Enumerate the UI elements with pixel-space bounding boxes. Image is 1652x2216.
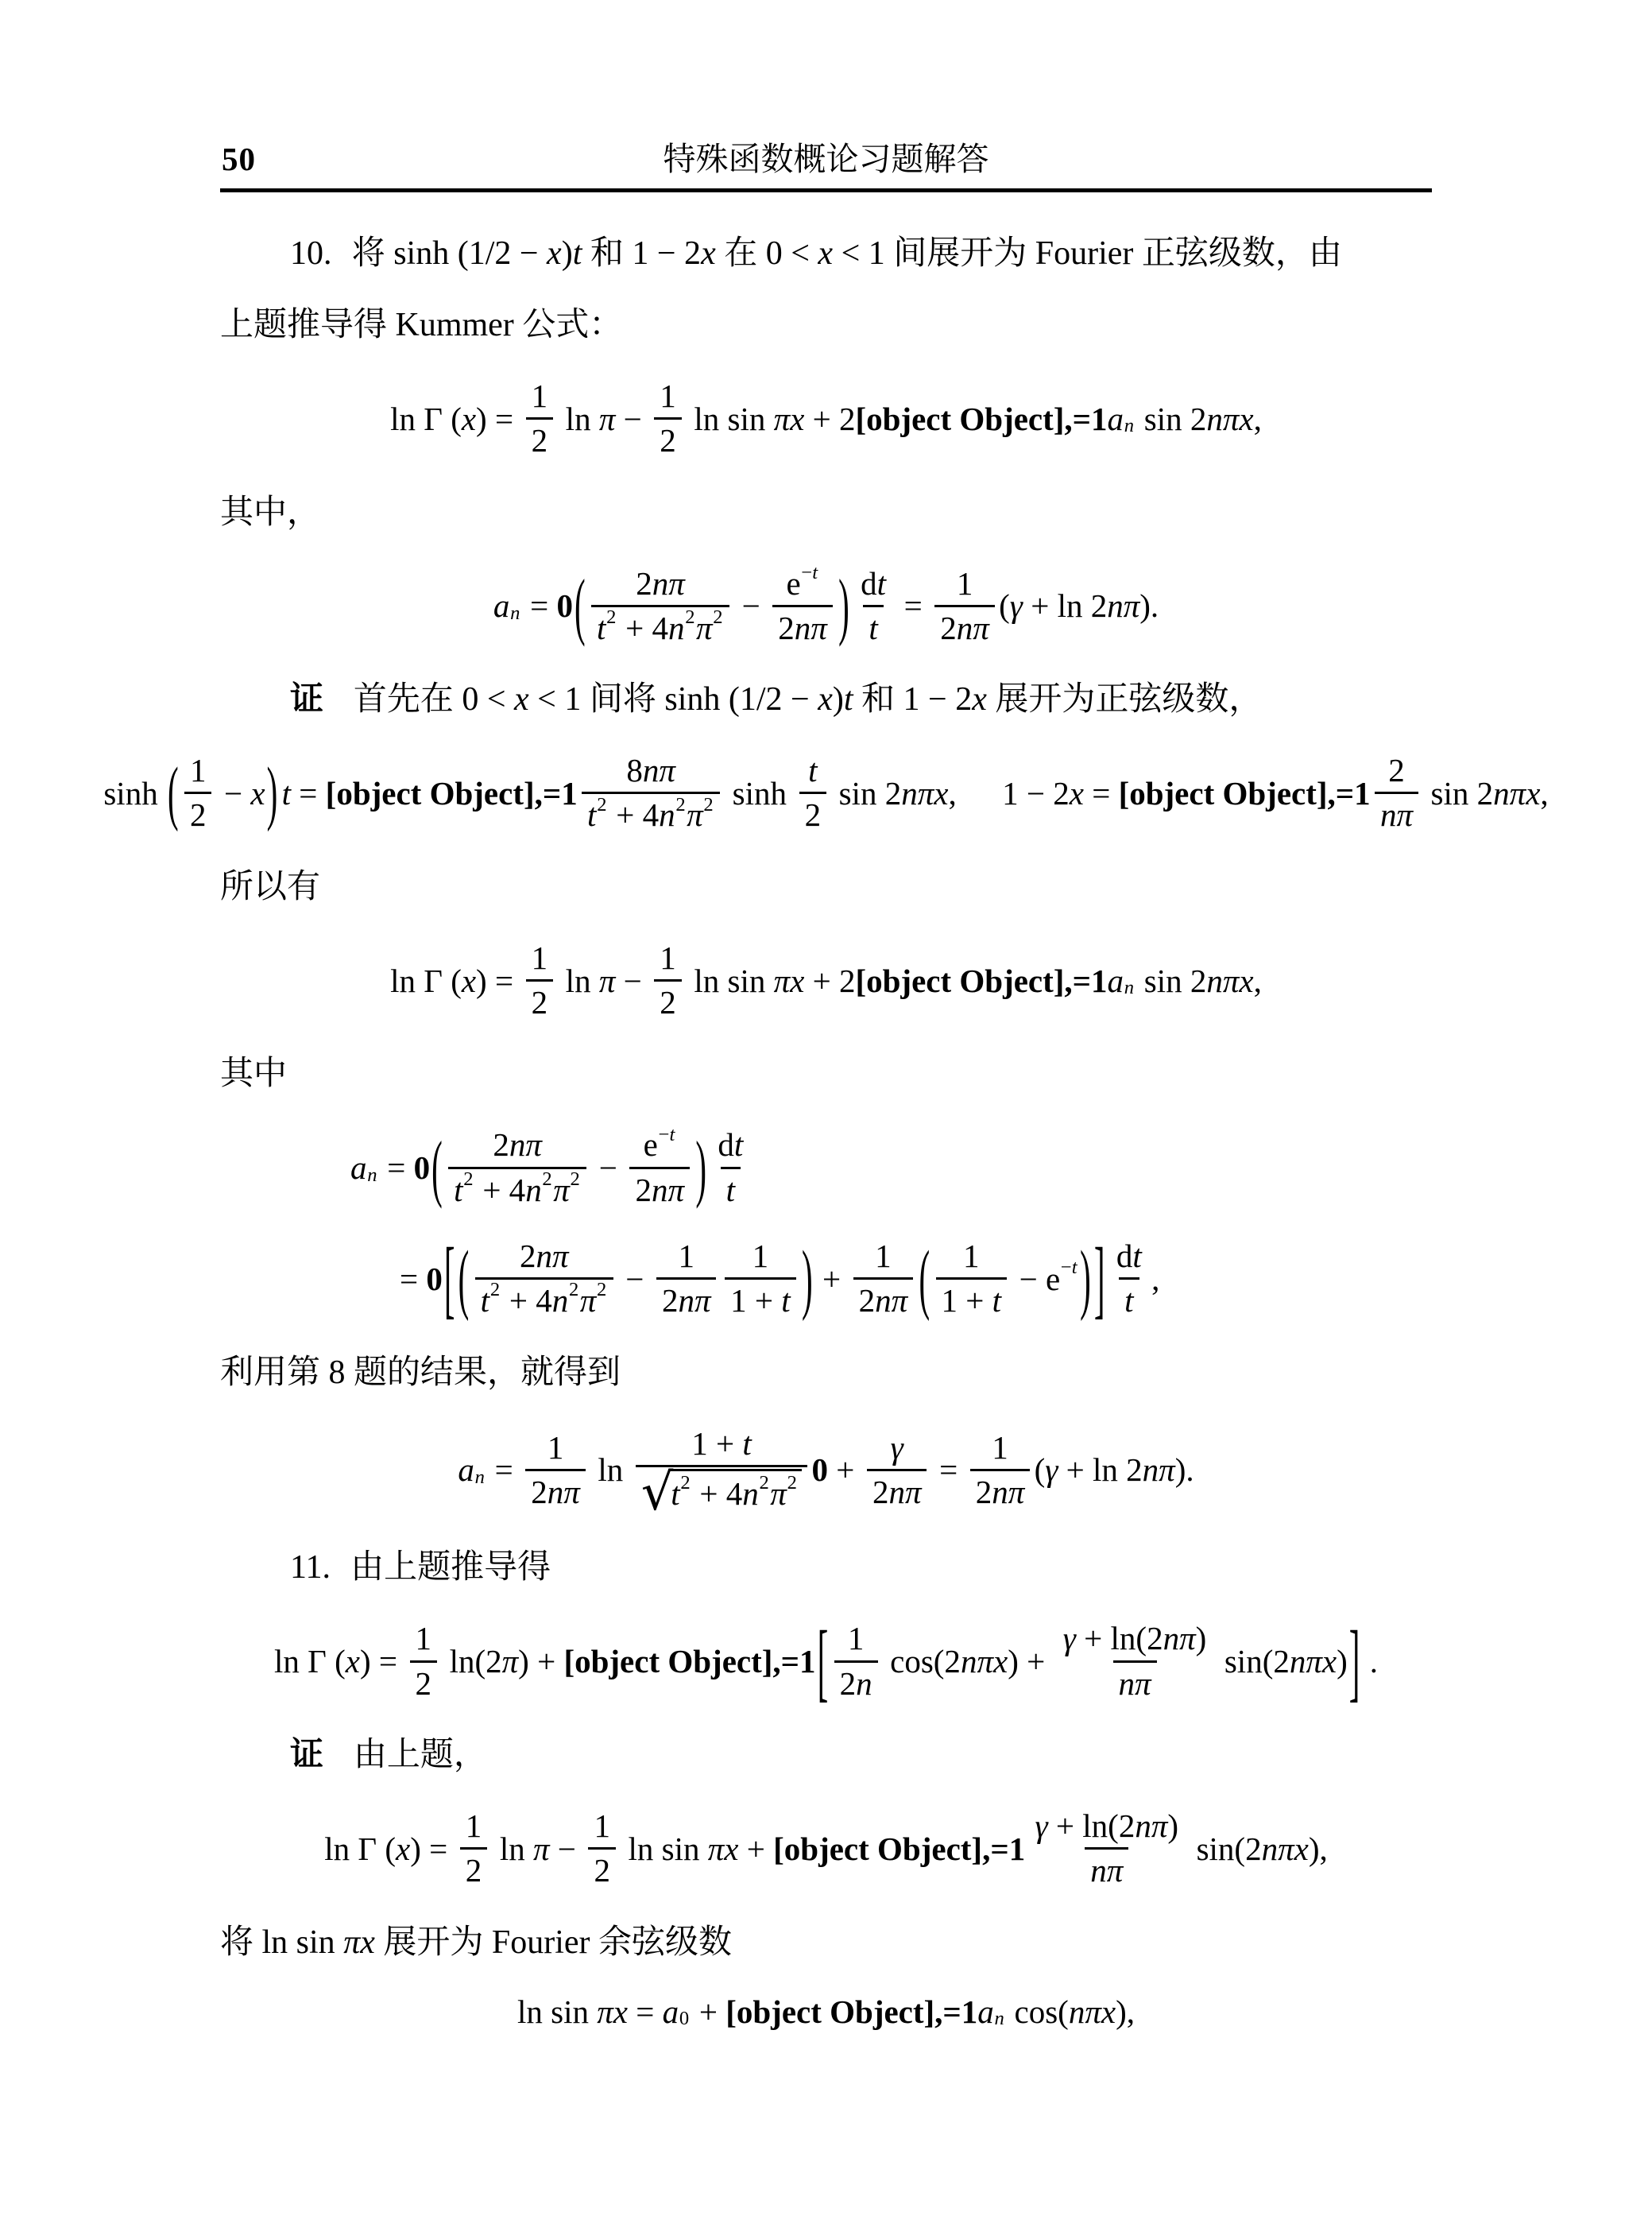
numerator: 1	[951, 563, 978, 605]
math-var: x	[514, 681, 529, 718]
numerator: 1	[588, 1805, 615, 1847]
denominator: 2	[654, 417, 681, 462]
math-text: ) =	[476, 400, 521, 438]
math-var: t	[671, 1473, 679, 1515]
math-text: sin 2	[1136, 400, 1207, 438]
math-text: )	[1196, 1617, 1207, 1660]
math-text: + ln(2	[1048, 1805, 1136, 1847]
display-formula: an = 0(2nπt2 + 4n2π2 − e−t2nπ)dtt	[220, 1124, 1432, 1211]
math-text: 1	[416, 1617, 432, 1660]
math-text: sin 2	[1422, 774, 1493, 812]
math-var: n	[659, 794, 675, 836]
bold-text: [object Object],=1	[326, 774, 578, 812]
math-text: −	[216, 774, 251, 812]
subscript: n	[1124, 415, 1134, 437]
numerator: 1	[986, 1427, 1013, 1469]
denominator: 2nπ	[629, 1167, 689, 1211]
math-row: an = 0(2nπt2 + 4n2π2 − e−t2nπ)dtt	[350, 1124, 753, 1211]
page-header: 50 特殊函数概论习题解答	[220, 139, 1432, 179]
math-text: 由上题，	[354, 1737, 487, 1773]
fraction: dtt	[855, 563, 892, 650]
numerator: 1	[654, 375, 681, 417]
numerator: 1	[842, 1617, 869, 1660]
math-row: sinh (12 − x)t = [object Object],=18nπt2…	[103, 750, 1548, 837]
math-var: t	[587, 794, 596, 836]
bold-text: [object Object],=1	[773, 1830, 1025, 1868]
math-var: nπ	[875, 1280, 907, 1322]
math-var: x	[462, 400, 476, 438]
math-text: −	[659, 1124, 670, 1145]
math-text: e	[786, 563, 800, 605]
fraction: dtt	[1111, 1235, 1147, 1323]
numerator: 2nπ	[630, 563, 690, 605]
math-text: .	[1362, 1642, 1379, 1680]
math-text: ),	[1309, 1830, 1328, 1868]
math-text: sin(2	[1188, 1830, 1261, 1868]
math-text: 1	[660, 937, 676, 979]
math-var: nπ	[888, 1471, 921, 1513]
denominator: 2nπ	[934, 605, 994, 649]
math-text: )	[833, 681, 844, 718]
math-text: 利用第 8 题的结果，就得到	[220, 1354, 621, 1391]
subscript: 0	[679, 2008, 689, 2030]
math-text: 1	[594, 1805, 610, 1847]
math-text: ) +	[1008, 1642, 1053, 1680]
denominator: nπ	[1085, 1847, 1128, 1892]
math-text: 1	[532, 937, 548, 979]
bold-text: [object Object],=1	[855, 400, 1107, 438]
math-row: an = 12nπ ln 1 + t√t2 + 4n2π20 + γ2nπ = …	[458, 1423, 1194, 1518]
math-text: ,	[948, 774, 956, 812]
math-var: π	[502, 1642, 519, 1680]
display-formula: an = 0(2nπt2 + 4n2π2 − e−t2nπ)dtt = 12nπ…	[220, 563, 1432, 650]
stretchy-delimiter: )	[802, 1240, 813, 1318]
numerator: 1	[410, 1617, 437, 1660]
bold-text: 0	[426, 1260, 443, 1298]
math-var: a	[350, 1149, 367, 1187]
bold-text: 0	[414, 1149, 431, 1187]
math-var: γ	[1010, 587, 1023, 625]
fraction: 12	[654, 375, 681, 463]
math-var: t	[869, 607, 877, 649]
math-var: πx	[774, 400, 805, 438]
math-text: 1	[963, 1235, 980, 1277]
math-text: ) =	[476, 962, 521, 1000]
math-text: 2	[636, 563, 652, 605]
math-text: 2	[685, 606, 694, 628]
denominator: √t2 + 4n2π2	[636, 1465, 807, 1518]
denominator: 2nπ	[772, 605, 832, 649]
square-root: √t2 + 4n2π2	[641, 1467, 802, 1518]
math-var: t	[1132, 1235, 1141, 1277]
math-text: 在 0 <	[716, 235, 818, 272]
superscript: 2	[597, 1277, 606, 1303]
math-text: ,	[1254, 400, 1262, 438]
fraction: 12	[184, 750, 211, 837]
running-title: 特殊函数概论习题解答	[664, 139, 989, 179]
math-text: ),	[1116, 1993, 1135, 2031]
fraction: 12nπ	[853, 1235, 913, 1323]
display-formula: ln Γ (x) = 12 ln π − 12 ln sin πx + 2[ob…	[220, 375, 1432, 463]
math-text: −	[615, 962, 650, 1000]
math-text: 1	[466, 1805, 482, 1847]
math-text: 和 1 − 2	[853, 681, 973, 718]
math-var: γ	[891, 1427, 903, 1469]
denominator: 1 + t	[725, 1277, 795, 1322]
math-text: 2	[542, 1168, 551, 1190]
math-var: π	[696, 607, 713, 649]
display-formula: ln Γ (x) = 12 ln π − 12 ln sin πx + 2[ob…	[220, 937, 1432, 1025]
math-var: x	[547, 235, 562, 272]
math-text: d	[1116, 1235, 1133, 1277]
math-var: π	[770, 1473, 787, 1515]
math-row: an = 0(2nπt2 + 4n2π2 − e−t2nπ)dtt = 12nπ…	[493, 563, 1159, 650]
display-formula: ln sin πx = a0 + [object Object],=1an co…	[220, 1993, 1432, 2031]
math-var: nπ	[547, 1471, 580, 1513]
bold-text: 证	[290, 1737, 323, 1773]
bold-text: 0	[556, 587, 573, 625]
numerator: 1	[526, 375, 553, 417]
math-var: a	[977, 1993, 994, 2031]
display-formula: sinh (12 − x)t = [object Object],=18nπt2…	[220, 750, 1432, 837]
math-text: sin 2	[830, 774, 901, 812]
denominator: t	[1119, 1277, 1139, 1322]
numerator: dt	[712, 1124, 749, 1166]
bold-text: [object Object],=1	[1119, 774, 1371, 812]
math-text: 2	[190, 794, 207, 836]
math-text: 1	[848, 1617, 865, 1660]
math-text: 2	[597, 1279, 606, 1300]
superscript: 2	[787, 1470, 797, 1496]
math-var: x	[701, 235, 716, 272]
display-formula: ln Γ (x) = 12 ln(2π) + [object Object],=…	[220, 1617, 1432, 1705]
math-var: nπ	[652, 1169, 684, 1211]
numerator: 1	[869, 1235, 896, 1277]
stretchy-delimiter: (	[168, 757, 179, 829]
denominator: 2nπ	[525, 1469, 585, 1513]
fraction: 12	[526, 375, 553, 463]
math-text: 2	[940, 607, 957, 649]
math-row: ln Γ (x) = 12 ln π − 12 ln sin πx + [obj…	[324, 1805, 1327, 1893]
math-text: 1 +	[942, 1280, 992, 1322]
math-var: t	[669, 1124, 675, 1145]
math-text: 其中，	[220, 494, 320, 531]
superscript: 2	[685, 605, 694, 630]
superscript: 2	[680, 1470, 690, 1496]
math-text: sin(2	[1217, 1642, 1290, 1680]
math-text: =	[486, 1451, 521, 1489]
math-var: γ	[1045, 1451, 1058, 1489]
math-var: nπx	[1493, 774, 1540, 812]
math-text: ln sin	[686, 400, 774, 438]
math-var: nπ	[643, 750, 675, 792]
superscript: 2	[542, 1167, 551, 1192]
math-text: + ln(2	[1076, 1617, 1163, 1660]
denominator: 1 + t	[936, 1277, 1007, 1322]
math-var: n	[510, 602, 520, 624]
fraction: γ + ln(2nπ)nπ	[1058, 1617, 1212, 1705]
math-text: 1	[532, 375, 548, 417]
math-text: ,	[1540, 774, 1548, 812]
math-text: ) +	[518, 1642, 563, 1680]
math-text: 2	[787, 1472, 797, 1493]
math-text: 2	[662, 1280, 679, 1322]
paragraph: 证首先在 0 < x < 1 间将 sinh (1/2 − x)t 和 1 − …	[220, 673, 1432, 726]
numerator: dt	[1111, 1235, 1147, 1277]
superscript: 2	[597, 792, 606, 818]
math-var: a	[1108, 400, 1124, 438]
subscript: n	[995, 2008, 1004, 2030]
math-text: + 2	[804, 400, 855, 438]
math-text: ln(2	[441, 1642, 501, 1680]
math-text: 1 +	[691, 1423, 742, 1465]
bold-text: 0	[812, 1451, 829, 1489]
paragraph: 所以有	[220, 861, 1432, 913]
math-var: γ	[1063, 1617, 1076, 1660]
numerator: 8nπ	[621, 750, 680, 792]
numerator: γ + ln(2nπ)	[1058, 1617, 1212, 1660]
math-text: 2	[1388, 750, 1405, 792]
stretchy-delimiter: (	[431, 1130, 443, 1205]
math-text: (	[1035, 1451, 1046, 1489]
superscript: 2	[490, 1277, 500, 1303]
fraction: 11 + t	[725, 1235, 795, 1323]
superscript: 2	[463, 1167, 473, 1192]
math-var: n	[856, 1663, 872, 1705]
math-var: πx	[343, 1924, 375, 1961]
denominator: 2n	[834, 1660, 878, 1705]
math-text: 首先在 0 <	[354, 681, 514, 718]
paragraph: 10.将 sinh (1/2 − x)t 和 1 − 2x 在 0 < x < …	[220, 227, 1432, 280]
denominator: 2	[588, 1847, 615, 1892]
stretchy-delimiter: (	[575, 568, 586, 643]
math-text: 2	[976, 1471, 992, 1513]
math-text: cos(	[1006, 1993, 1069, 2031]
math-var: πx	[708, 1830, 739, 1868]
math-text: 2	[675, 794, 685, 816]
math-var: πx	[597, 1993, 628, 2031]
math-text: 2	[532, 982, 548, 1024]
math-text: − e	[1011, 1260, 1060, 1298]
math-var: x	[346, 1642, 360, 1680]
superscript: 2	[675, 792, 685, 818]
subscript: n	[1124, 977, 1134, 999]
display-formula: ln Γ (x) = 12 ln π − 12 ln sin πx + [obj…	[220, 1805, 1432, 1893]
denominator: 2	[460, 1847, 487, 1892]
superscript: −t	[659, 1122, 675, 1148]
numerator: 2nπ	[487, 1124, 547, 1166]
math-text: −	[733, 587, 768, 625]
math-text: −	[801, 562, 812, 583]
math-text: 1	[875, 1235, 892, 1277]
math-var: n	[995, 2008, 1004, 2029]
math-text: 2	[660, 420, 676, 462]
math-text: 11.	[290, 1549, 331, 1586]
math-var: t	[597, 607, 605, 649]
denominator: 2nπ	[853, 1277, 913, 1322]
math-var: nπ	[509, 1124, 542, 1166]
math-var: t	[726, 1169, 735, 1211]
math-text: =	[931, 1451, 966, 1489]
book-page: 50 特殊函数概论习题解答 10.将 sinh (1/2 − x)t 和 1 −…	[0, 0, 1652, 2216]
subscript: n	[510, 602, 520, 625]
numerator: e−t	[781, 563, 825, 605]
math-text: ln	[590, 1451, 631, 1489]
numerator: dt	[855, 563, 892, 605]
math-text: ln Γ (	[390, 400, 462, 438]
math-text: 2	[532, 420, 548, 462]
math-text: 将 sinh (1/2 −	[352, 235, 547, 272]
denominator: 2nπ	[970, 1469, 1030, 1513]
fraction: e−t2nπ	[772, 563, 832, 650]
denominator: t2 + 4n2π2	[475, 1277, 613, 1322]
math-text: )	[1337, 1642, 1348, 1680]
math-text: 其中	[220, 1056, 287, 1092]
math-text: 2	[805, 794, 822, 836]
math-text: )	[562, 235, 573, 272]
paragraph: 其中，	[220, 486, 1432, 539]
math-text: < 1 间将 sinh (1/2 −	[529, 681, 818, 718]
numerator: 1	[460, 1805, 487, 1847]
math-text: 所以有	[220, 869, 320, 905]
math-text: 2	[872, 1471, 889, 1513]
math-var: n	[1124, 415, 1134, 436]
math-text: 2	[570, 1168, 579, 1190]
math-text: 2	[466, 1850, 482, 1892]
math-var: t	[734, 1124, 743, 1166]
math-text: 1 − 2	[1002, 774, 1070, 812]
stretchy-delimiter: ]	[1349, 1617, 1360, 1706]
stretchy-delimiter: [	[444, 1234, 455, 1323]
math-var: nπ	[1119, 1663, 1151, 1705]
math-var: t	[573, 235, 582, 272]
math-var: x	[972, 681, 987, 718]
math-var: t	[481, 1280, 489, 1322]
math-text: 1	[992, 1427, 1008, 1469]
math-text: ).	[1175, 1451, 1194, 1489]
math-text: 1	[660, 375, 676, 417]
paragraph: 证由上题，	[220, 1729, 1432, 1781]
math-text: ,	[1151, 1260, 1159, 1298]
math-var: n	[1124, 977, 1134, 998]
math-var: t	[742, 1423, 751, 1465]
math-text: + 4	[617, 607, 668, 649]
math-var: nπ	[1107, 587, 1139, 625]
math-text: =	[896, 587, 930, 625]
denominator: nπ	[1113, 1660, 1157, 1705]
math-text: −	[1061, 1257, 1072, 1278]
math-var: t	[808, 750, 817, 792]
math-text: 1 +	[730, 1280, 781, 1322]
numerator: 1	[526, 937, 553, 979]
math-text: 2	[531, 1471, 547, 1513]
denominator: 2	[410, 1660, 437, 1705]
math-text: cos(2	[882, 1642, 961, 1680]
math-var: n	[367, 1164, 377, 1186]
math-text: 2	[463, 1168, 473, 1190]
math-text: ln sin	[517, 1993, 597, 2031]
math-var: γ	[1035, 1805, 1048, 1847]
numerator: 2nπ	[514, 1235, 574, 1277]
denominator: nπ	[1375, 792, 1418, 836]
math-var: a	[1108, 962, 1124, 1000]
math-text: 2	[660, 982, 676, 1024]
denominator: 2	[654, 979, 681, 1024]
math-text: ln	[557, 400, 598, 438]
math-text: 2	[713, 606, 722, 628]
numerator: 1	[958, 1235, 985, 1277]
math-var: x	[818, 681, 833, 718]
superscript: 2	[569, 1277, 578, 1303]
math-var: x	[462, 962, 476, 1000]
math-var: n	[742, 1473, 759, 1515]
denominator: 2nπ	[867, 1469, 927, 1513]
fraction: e−t2nπ	[629, 1124, 689, 1211]
math-row: ln sin πx = a0 + [object Object],=1an co…	[517, 1993, 1135, 2031]
math-var: t	[282, 774, 291, 812]
math-text: ln	[557, 962, 598, 1000]
fraction: 12	[410, 1617, 437, 1705]
paragraph: 利用第 8 题的结果，就得到	[220, 1346, 1432, 1399]
denominator: 2	[526, 979, 553, 1024]
math-text: −	[615, 400, 650, 438]
fraction: 12nπ	[934, 563, 994, 650]
math-var: nπ	[992, 1471, 1024, 1513]
superscript: 2	[606, 605, 616, 630]
radicand: t2 + 4n2π2	[668, 1469, 802, 1516]
math-text: =	[400, 1260, 426, 1298]
math-text: d	[718, 1124, 734, 1166]
math-text: ln Γ (	[324, 1830, 396, 1868]
math-text: ) =	[410, 1830, 455, 1868]
math-text: 展开为 Fourier 余弦级数	[375, 1924, 732, 1961]
fraction: γ + ln(2nπ)nπ	[1030, 1805, 1184, 1893]
header-rule	[220, 188, 1432, 192]
numerator: 1	[184, 750, 211, 792]
math-text: 1	[190, 750, 207, 792]
math-var: x	[250, 774, 265, 812]
math-var: x	[818, 235, 833, 272]
math-var: nπx	[1262, 1830, 1309, 1868]
math-var: nπ	[1143, 1451, 1175, 1489]
bold-text: [object Object],=1	[855, 962, 1107, 1000]
fraction: t2	[799, 750, 826, 837]
math-var: t	[812, 562, 818, 583]
fraction: 8nπt2 + 4n2π2	[582, 750, 720, 837]
math-text: =	[1084, 774, 1119, 812]
math-var: n	[525, 1169, 542, 1211]
math-text: 2	[635, 1169, 652, 1211]
math-text: +	[828, 1451, 863, 1489]
numerator: 1	[673, 1235, 700, 1277]
math-var: n	[475, 1466, 485, 1488]
fraction: 12nπ	[656, 1235, 716, 1323]
math-text: 2	[597, 794, 606, 816]
math-text: 2	[680, 1472, 690, 1493]
fraction: 12	[526, 937, 553, 1025]
stretchy-delimiter: )	[1080, 1240, 1091, 1318]
fraction: 2nπt2 + 4n2π2	[448, 1124, 586, 1211]
math-text: 2	[703, 794, 713, 816]
denominator: t2 + 4n2π2	[591, 605, 729, 649]
math-var: π	[599, 962, 616, 1000]
math-text: ln sin	[686, 962, 774, 1000]
fraction: 12nπ	[970, 1427, 1030, 1514]
page-number: 50	[222, 139, 256, 179]
math-var: nπ	[678, 1280, 710, 1322]
math-text: =	[522, 587, 557, 625]
math-text: −	[591, 1149, 626, 1187]
